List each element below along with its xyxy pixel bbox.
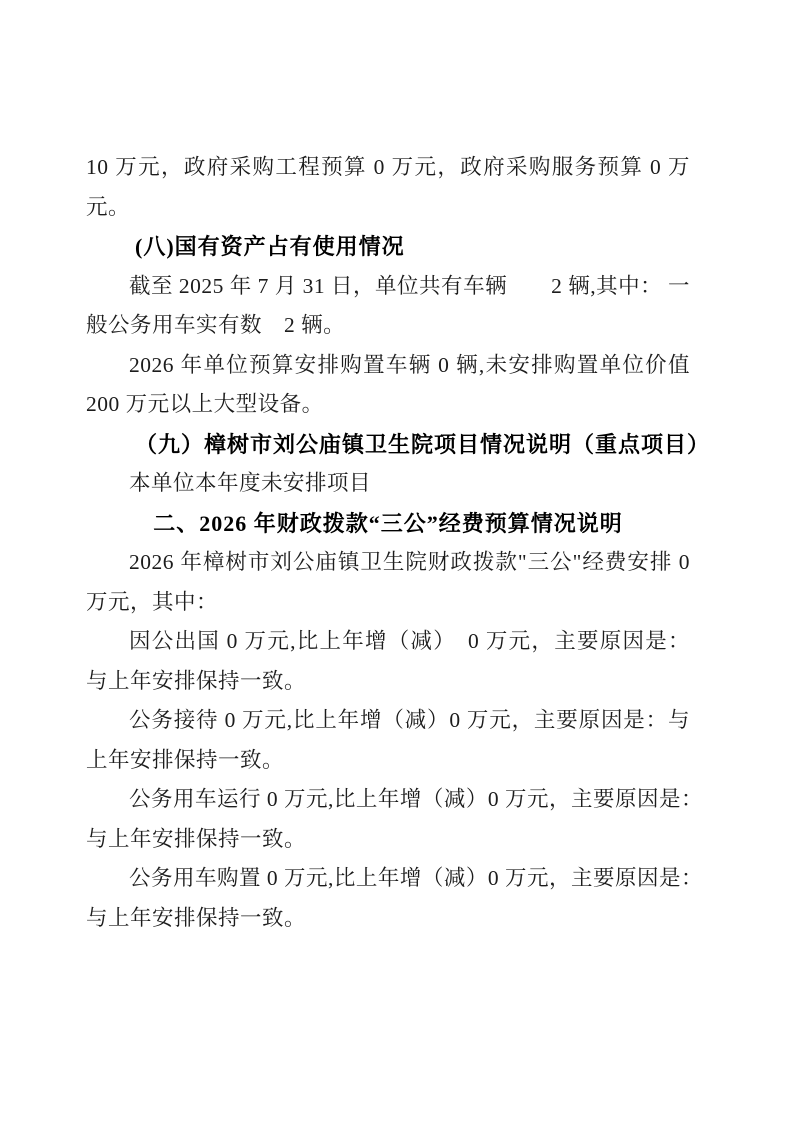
text-line: 上年安排保持一致。 (86, 741, 690, 781)
text-line: 元。 (86, 188, 690, 228)
text-line: 万元，其中： (86, 583, 690, 623)
text-line: 与上年安排保持一致。 (86, 662, 690, 702)
heading-state-assets-usage: (八)国有资产占有使用情况 (86, 227, 690, 267)
text-line: 与上年安排保持一致。 (86, 820, 690, 860)
heading-key-project-description: （九）樟树市刘公庙镇卫生院项目情况说明（重点项目） (86, 425, 690, 465)
document-body: 10 万元，政府采购工程预算 0 万元，政府采购服务预算 0 万 元。 (八)国… (86, 148, 690, 938)
text-line: 般公务用车实有数 2 辆。 (86, 306, 690, 346)
text-line: 与上年安排保持一致。 (86, 899, 690, 939)
text-line: 10 万元，政府采购工程预算 0 万元，政府采购服务预算 0 万 (86, 148, 690, 188)
text-line: 公务接待 0 万元,比上年增（减）0 万元，主要原因是：与 (86, 701, 690, 741)
text-line: 公务用车运行 0 万元,比上年增（减）0 万元，主要原因是： (86, 780, 690, 820)
text-line: 因公出国 0 万元,比上年增（减） 0 万元，主要原因是： (86, 622, 690, 662)
document-page: 10 万元，政府采购工程预算 0 万元，政府采购服务预算 0 万 元。 (八)国… (0, 0, 793, 1122)
text-line: 本单位本年度未安排项目 (86, 464, 690, 504)
text-line: 公务用车购置 0 万元,比上年增（减）0 万元，主要原因是： (86, 859, 690, 899)
text-line: 截至 2025 年 7 月 31 日，单位共有车辆 2 辆,其中： 一 (86, 267, 690, 307)
text-line: 200 万元以上大型设备。 (86, 385, 690, 425)
text-line: 2026 年樟树市刘公庙镇卫生院财政拨款"三公"经费安排 0 (86, 543, 690, 583)
heading-three-public-budget: 二、2026 年财政拨款“三公”经费预算情况说明 (86, 504, 690, 544)
text-line: 2026 年单位预算安排购置车辆 0 辆,未安排购置单位价值 (86, 346, 690, 386)
